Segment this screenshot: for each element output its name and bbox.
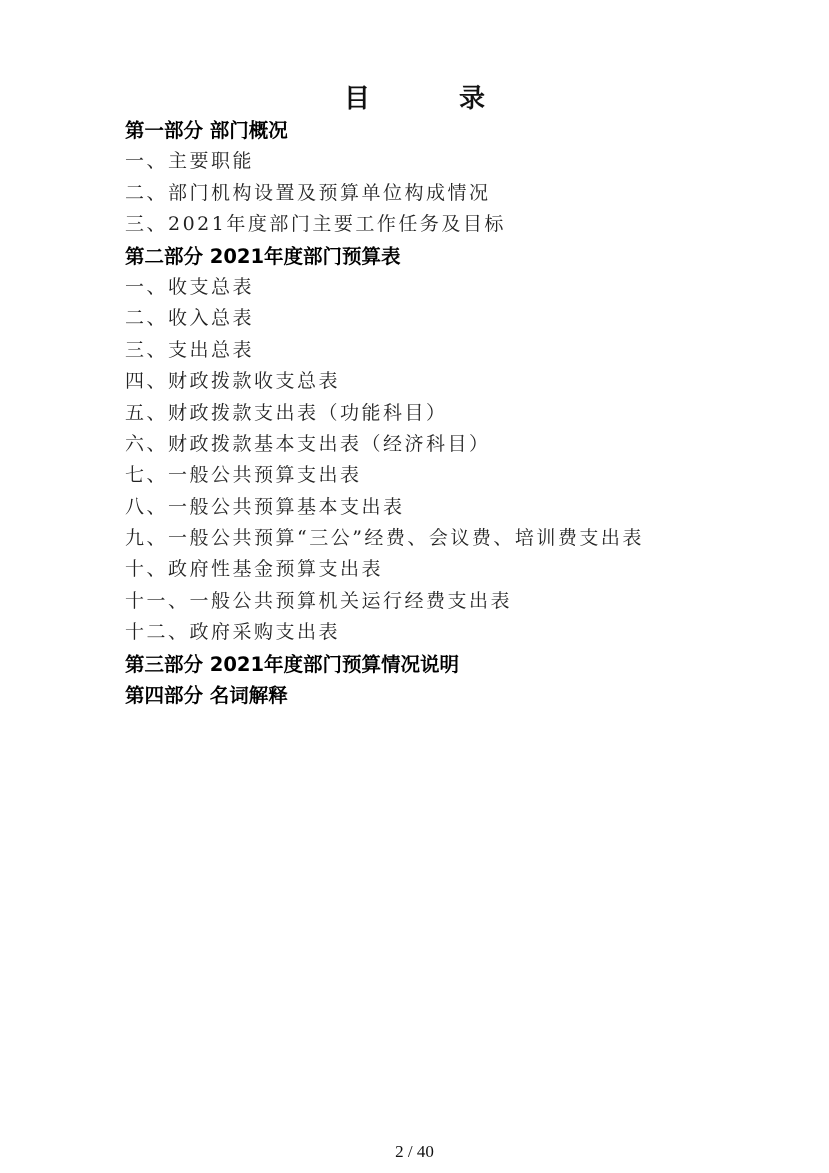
toc-item[interactable]: 四、财政拨款收支总表 (125, 366, 644, 397)
toc-item[interactable]: 一、收支总表 (125, 272, 644, 303)
toc-item[interactable]: 十、政府性基金预算支出表 (125, 554, 644, 585)
toc-item[interactable]: 五、财政拨款支出表（功能科目） (125, 398, 644, 429)
toc-item[interactable]: 六、财政拨款基本支出表（经济科目） (125, 429, 644, 460)
toc-part-1[interactable]: 第一部分 部门概况 (125, 115, 644, 146)
toc-item[interactable]: 二、部门机构设置及预算单位构成情况 (125, 178, 644, 209)
toc-item[interactable]: 九、一般公共预算“三公”经费、会议费、培训费支出表 (125, 523, 644, 554)
page-number: 2 / 40 (0, 1142, 829, 1162)
toc-item[interactable]: 二、收入总表 (125, 303, 644, 334)
toc-item[interactable]: 十一、一般公共预算机关运行经费支出表 (125, 586, 644, 617)
toc-part-4[interactable]: 第四部分 名词解释 (125, 680, 644, 711)
toc-item[interactable]: 一、主要职能 (125, 146, 644, 177)
toc-item[interactable]: 三、2021年度部门主要工作任务及目标 (125, 209, 644, 240)
page-title: 目 录 (0, 78, 829, 115)
toc-item[interactable]: 三、支出总表 (125, 335, 644, 366)
toc-item[interactable]: 十二、政府采购支出表 (125, 617, 644, 648)
toc-part-2[interactable]: 第二部分 2021年度部门预算表 (125, 241, 644, 272)
table-of-contents: 第一部分 部门概况 一、主要职能 二、部门机构设置及预算单位构成情况 三、202… (125, 115, 644, 711)
toc-item[interactable]: 八、一般公共预算基本支出表 (125, 492, 644, 523)
toc-part-3[interactable]: 第三部分 2021年度部门预算情况说明 (125, 649, 644, 680)
toc-item[interactable]: 七、一般公共预算支出表 (125, 460, 644, 491)
